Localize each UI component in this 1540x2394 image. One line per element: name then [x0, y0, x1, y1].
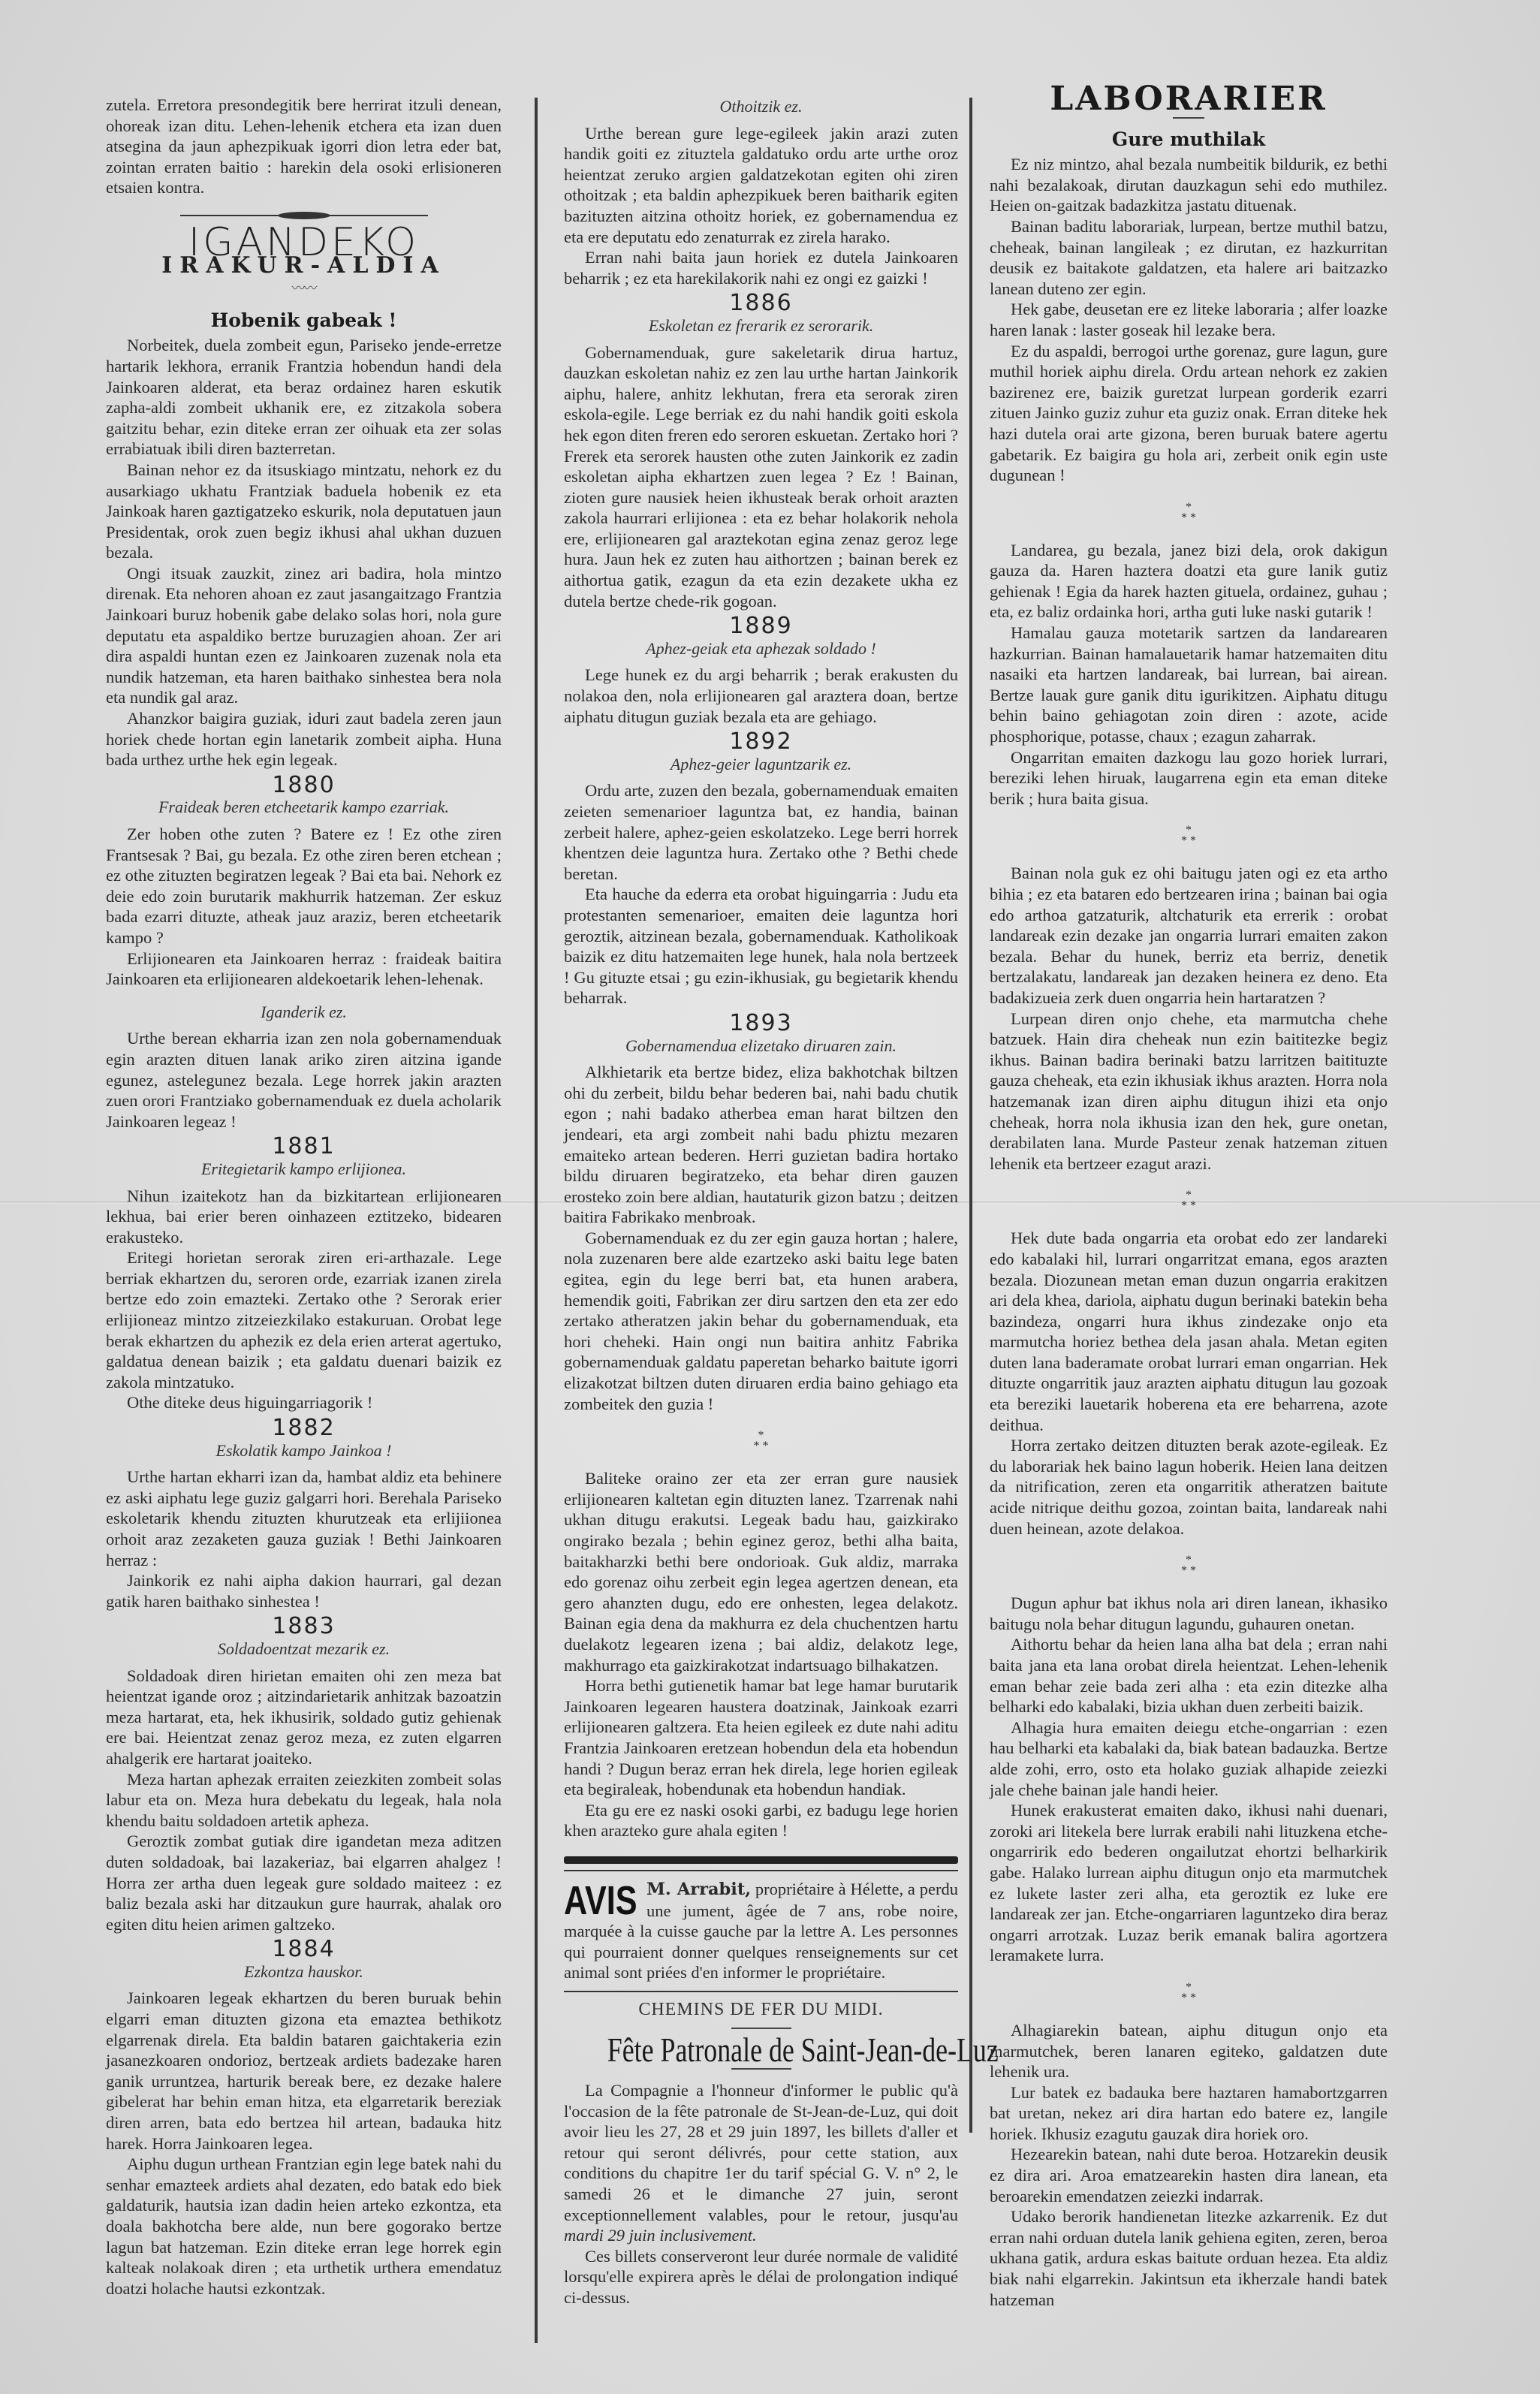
paragraph: Ez du aspaldi, berrogoi urthe gorenaz, g…	[990, 341, 1388, 486]
ornament-divider	[180, 212, 428, 219]
paragraph: Hamalau gauza motetarik sartzen da landa…	[990, 623, 1388, 747]
year-heading: 1884	[106, 1939, 502, 1960]
article-intro: Norbeitek, duela zombeit egun, Pariseko …	[106, 335, 502, 770]
article-title: Hobenik gabeak !	[106, 310, 502, 331]
asterism-divider: ** *	[990, 1555, 1388, 1576]
year-subtitle: Aphez-geiak eta aphezak soldado !	[564, 638, 958, 659]
year-heading: 1892	[564, 731, 958, 752]
year-sections: 1880Fraideak beren etcheetarik kampo eza…	[106, 775, 502, 2299]
year-subtitle: Gobernamendua elizetako diruaren zain.	[564, 1036, 958, 1057]
asterism-divider: ** *	[990, 502, 1388, 523]
paragraph: Zer hoben othe zuten ? Batere ez ! Ez ot…	[106, 824, 502, 948]
year-subtitle: Aphez-geier laguntzarik ez.	[564, 754, 958, 775]
paragraph: Eta hauche da ederra eta orobat higuinga…	[564, 884, 958, 1009]
paragraph: Bainan baditu laborariak, lurpean, bertz…	[990, 216, 1388, 299]
year-subtitle: Fraideak beren etcheetarik kampo ezarria…	[106, 797, 502, 818]
paragraph: Dugun aphur bat ikhus nola ari diren lan…	[990, 1593, 1388, 1634]
paragraph: Alkhietarik eta bertze bidez, eliza bakh…	[564, 1062, 958, 1228]
paragraph: Hek dute bada ongarria eta orobat edo ze…	[990, 1228, 1388, 1435]
year-heading: 1880	[106, 775, 502, 796]
paragraph: Udako berorik handienetan litezke azkarr…	[990, 2206, 1388, 2310]
paragraph: Horra zertako deitzen dituzten berak azo…	[990, 1435, 1388, 1539]
paragraph: Hunek erakusterat emaiten dako, ikhusi n…	[990, 1800, 1388, 1966]
section-subtitle: IRAKUR-ALDIA	[106, 255, 502, 276]
paragraph: Nihun izaitekotz han da bizkitartean erl…	[106, 1186, 502, 1248]
paragraph: Landarea, gu bezala, janez bizi dela, or…	[990, 540, 1388, 623]
year-heading: 1886	[564, 293, 958, 314]
paragraph: Bainan nola guk ez ohi baitugu jaten ogi…	[990, 863, 1388, 1008]
year-subtitle: Ezkontza hauskor.	[106, 1961, 502, 1982]
paragraph: Erran nahi baita jaun horiek ez dutela J…	[564, 247, 958, 288]
year-subtitle: Eritegietarik kampo erlijionea.	[106, 1159, 502, 1180]
railway-title: Fête Patronale de Saint-Jean-de-Luz	[607, 2040, 915, 2061]
paragraph: Jainkoaren legeak ekhartzen du beren bur…	[106, 1988, 502, 2154]
paragraph: Aithortu behar da heien lana alha bat de…	[990, 1634, 1388, 1717]
paragraph: Aiphu dugun urthean Frantzian egin lege …	[106, 2154, 502, 2299]
squiggle-divider: 〰〰	[106, 279, 502, 300]
section-title: IGANDEKO	[106, 233, 502, 254]
middle-column: Othoitzik ez.Urthe berean gure lege-egil…	[564, 95, 958, 2308]
newspaper-page: zutela. Erretora presondegitik bere herr…	[0, 0, 1540, 2394]
year-heading: 1889	[564, 616, 958, 637]
article-title: Gure muthilak	[990, 129, 1388, 150]
column-rule	[535, 98, 538, 2343]
paragraph: Bainan nehor ez da itsuskiago mintzatu, …	[106, 460, 502, 563]
railway-paragraph: Ces billets conserveront leur durée norm…	[564, 2246, 958, 2308]
section-title: LABORARIER	[990, 89, 1388, 110]
year-heading: 1881	[106, 1136, 502, 1157]
paragraph: Ez niz mintzo, ahal bezala numbeitik bil…	[990, 154, 1388, 216]
year-subtitle: Eskoletan ez frerarik ez serorarik.	[564, 315, 958, 336]
paragraph: Alhagia hura emaiten deiegu etche-ongarr…	[990, 1717, 1388, 1800]
right-column: LABORARIER Gure muthilak Ez niz mintzo, …	[990, 89, 1388, 2310]
paragraph: Hek gabe, deusetan ere ez liteke laborar…	[990, 299, 1388, 340]
paragraph: Lege hunek ez du argi beharrik ; berak e…	[564, 665, 958, 727]
paragraph: Eritegi horietan serorak ziren eri-artha…	[106, 1247, 502, 1392]
railway-paragraph: La Compagnie a l'honneur d'informer le p…	[564, 2080, 958, 2246]
year-sections: Othoitzik ez.Urthe berean gure lege-egil…	[564, 96, 958, 1414]
spacer	[106, 990, 502, 1000]
column-rule	[969, 98, 972, 2133]
paragraph: Urthe berean ekharria izan zen nola gobe…	[106, 1028, 502, 1132]
paragraph: Hezearekin batean, nahi dute beroa. Hotz…	[990, 2144, 1388, 2206]
year-subtitle: Eskolatik kampo Jainkoa !	[106, 1440, 502, 1461]
year-subtitle: Iganderik ez.	[106, 1002, 502, 1023]
article-body: Ez niz mintzo, ahal bezala numbeitik bil…	[990, 154, 1388, 2310]
paragraph: Ongi itsuak zauzkit, zinez ari badira, h…	[106, 563, 502, 708]
thin-rule	[564, 1991, 958, 1992]
asterism-divider: ** *	[990, 1982, 1388, 2004]
asterism-divider: ** *	[564, 1431, 958, 1452]
year-heading: 1893	[564, 1013, 958, 1034]
paragraph: Alhagiarekin batean, aiphu ditugun onjo …	[990, 2020, 1388, 2082]
avis-name: M. Arrabit,	[646, 1880, 751, 1899]
paragraph: Gobernamenduak, gure sakeletarik dirua h…	[564, 342, 958, 612]
left-column: zutela. Erretora presondegitik bere herr…	[106, 95, 502, 2299]
paragraph: Gobernamenduak ez du zer egin gauza hort…	[564, 1228, 958, 1414]
paragraph: Soldadoak diren hirietan emaiten ohi zen…	[106, 1666, 502, 1769]
short-rule	[731, 2028, 791, 2029]
paragraph: Jainkorik ez nahi aipha dakion haurrari,…	[106, 1570, 502, 1612]
paragraph: Horra bethi gutienetik hamar bat lege ha…	[564, 1675, 958, 1800]
paragraph: Othe diteke deus higuingarriagorik !	[106, 1392, 502, 1413]
paragraph: Urthe hartan ekharri izan da, hambat ald…	[106, 1467, 502, 1570]
paragraph: Erlijionearen eta Jainkoaren herraz : fr…	[106, 948, 502, 990]
avis-notice: AVIS M. Arrabit, propriétaire à Hélette,…	[564, 1856, 958, 1992]
paragraph: Norbeitek, duela zombeit egun, Pariseko …	[106, 335, 502, 460]
paragraph: Urthe berean gure lege-egileek jakin ara…	[564, 123, 958, 248]
paragraph: Geroztik zombat gutiak dire igandetan me…	[106, 1831, 502, 1934]
year-heading: 1883	[106, 1616, 502, 1637]
paragraph: Baliteke oraino zer eta zer erran gure n…	[564, 1468, 958, 1675]
paragraph: Eta gu ere ez naski osoki garbi, ez badu…	[564, 1800, 958, 1841]
asterism-divider: ** *	[990, 825, 1388, 846]
intro-paragraph: zutela. Erretora presondegitik bere herr…	[106, 95, 502, 198]
year-subtitle: Soldadoentzat mezarik ez.	[106, 1639, 502, 1660]
railway-notice: CHEMINS DE FER DU MIDI. Fête Patronale d…	[564, 2000, 958, 2308]
paragraph: Ahanzkor baigira guziak, iduri zaut bade…	[106, 708, 502, 770]
year-heading: 1882	[106, 1418, 502, 1439]
paragraph: Ongarritan emaiten dazkogu lau gozo hori…	[990, 747, 1388, 810]
paragraph: Ordu arte, zuzen den bezala, gobernamend…	[564, 780, 958, 884]
paragraph: Lur batek ez badauka bere haztaren hamab…	[990, 2082, 1388, 2145]
thin-rule	[564, 1870, 958, 1871]
year-subtitle: Othoitzik ez.	[564, 96, 958, 117]
paragraph: Meza hartan aphezak erraiten zeiezkiten …	[106, 1769, 502, 1832]
asterism-divider: ** *	[990, 1190, 1388, 1211]
thick-rule	[564, 1856, 958, 1864]
railway-header: CHEMINS DE FER DU MIDI.	[564, 2000, 958, 2021]
avis-label: AVIS	[564, 1882, 622, 1919]
paragraph: Lurpean diren onjo chehe, eta marmutcha …	[990, 1009, 1388, 1174]
